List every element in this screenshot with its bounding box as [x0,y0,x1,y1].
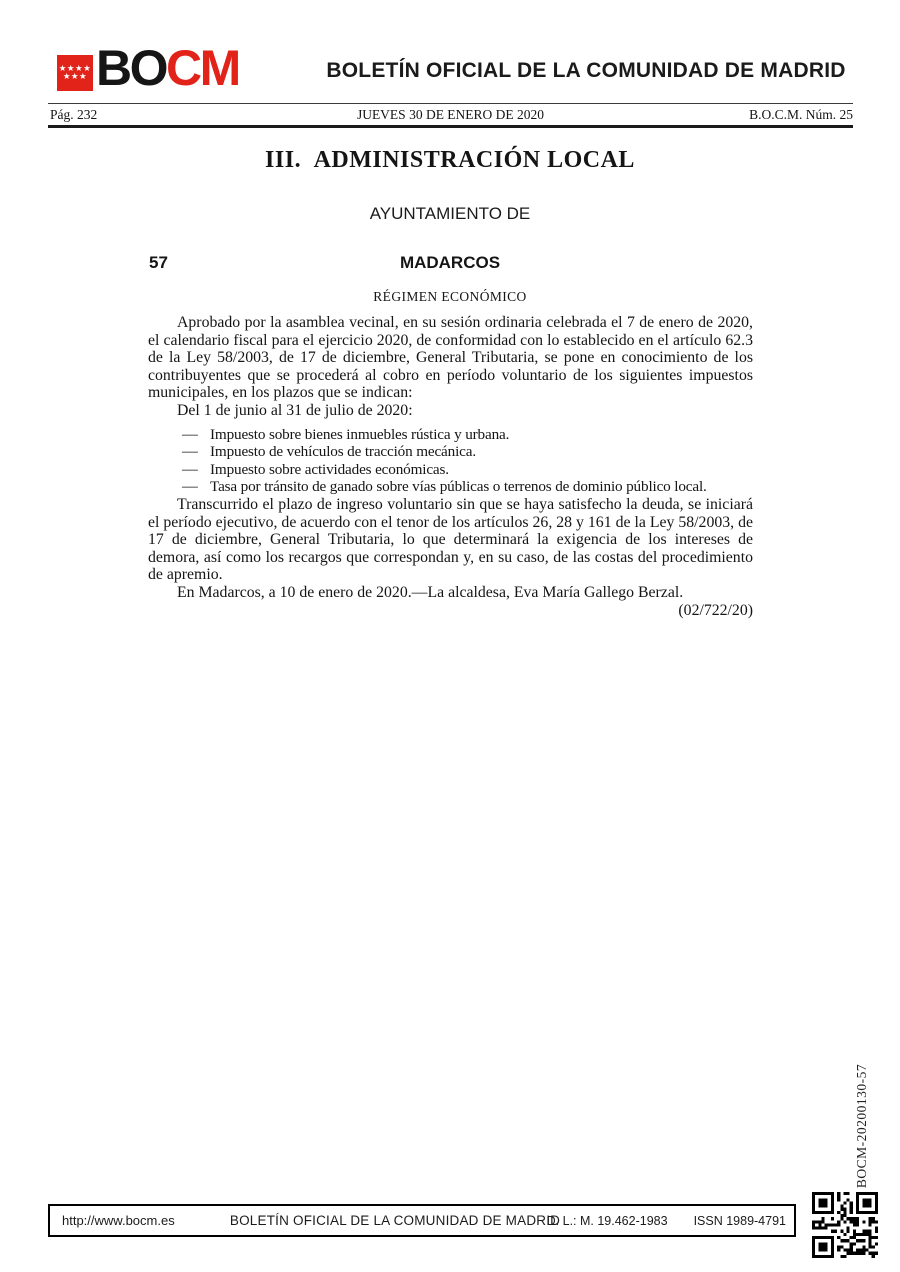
tax-item-label: Impuesto de vehículos de tracción mecáni… [210,443,476,461]
section-title: III. ADMINISTRACIÓN LOCAL [0,147,900,174]
tax-list: — Impuesto sobre bienes inmuebles rústic… [148,426,753,496]
footer-deposito-legal: D. L.: M. 19.462-1983 [547,1214,668,1228]
masthead-title: BOLETÍN OFICIAL DE LA COMUNIDAD DE MADRI… [318,59,854,83]
period-line: Del 1 de junio al 31 de julio de 2020: [148,402,753,420]
flag-stars-row-bottom: ★★★ [63,73,87,81]
tax-item-label: Impuesto sobre bienes inmuebles rústica … [210,426,509,444]
issue-number-label: B.O.C.M. Núm. 25 [749,107,853,123]
tax-item-label: Impuesto sobre actividades económicas. [210,461,449,479]
document-body: Aprobado por la asamblea vecinal, en su … [148,314,753,619]
header-rule-thick [48,125,853,128]
header-dateband: Pág. 232 JUEVES 30 DE ENERO DE 2020 B.O.… [48,107,853,124]
bocm-page: ★★★★ ★★★ BOCM BOLETÍN OFICIAL DE LA COMU… [0,0,900,1272]
reference-number: (02/722/20) [148,602,753,620]
tax-item-row: — Impuesto sobre actividades económicas. [148,461,753,479]
logo-cm: CM [166,40,239,96]
topic-heading: RÉGIMEN ECONÓMICO [0,289,900,305]
list-dash: — [148,478,210,496]
tax-item-row: — Impuesto sobre bienes inmuebles rústic… [148,426,753,444]
list-dash: — [148,426,210,444]
header-rule-thin [48,103,853,104]
tax-item-row: — Impuesto de vehículos de tracción mecá… [148,443,753,461]
list-dash: — [148,443,210,461]
municipality-name: MADARCOS [0,253,900,273]
bocm-logo-text: BOCM [96,42,239,94]
qr-code-icon [812,1192,878,1258]
footer-issn: ISSN 1989-4791 [694,1214,786,1228]
vertical-document-code: BOCM-20200130-57 [854,1041,872,1211]
signature-line: En Madarcos, a 10 de enero de 2020.—La a… [148,584,753,602]
tax-item-row: — Tasa por tránsito de ganado sobre vías… [148,478,753,496]
footer-legal-group: D. L.: M. 19.462-1983 ISSN 1989-4791 [547,1214,786,1228]
tax-item-label: Tasa por tránsito de ganado sobre vías p… [210,478,707,496]
paragraph-intro: Aprobado por la asamblea vecinal, en su … [148,314,753,402]
organization-line: AYUNTAMIENTO DE [0,204,900,224]
date-label: JUEVES 30 DE ENERO DE 2020 [48,107,853,123]
paragraph-enforcement: Transcurrido el plazo de ingreso volunta… [148,496,753,584]
footer-box: http://www.bocm.es BOLETÍN OFICIAL DE LA… [48,1204,796,1237]
logo-bo: BO [96,40,166,96]
madrid-flag-logo-icon: ★★★★ ★★★ [57,55,93,91]
list-dash: — [148,461,210,479]
